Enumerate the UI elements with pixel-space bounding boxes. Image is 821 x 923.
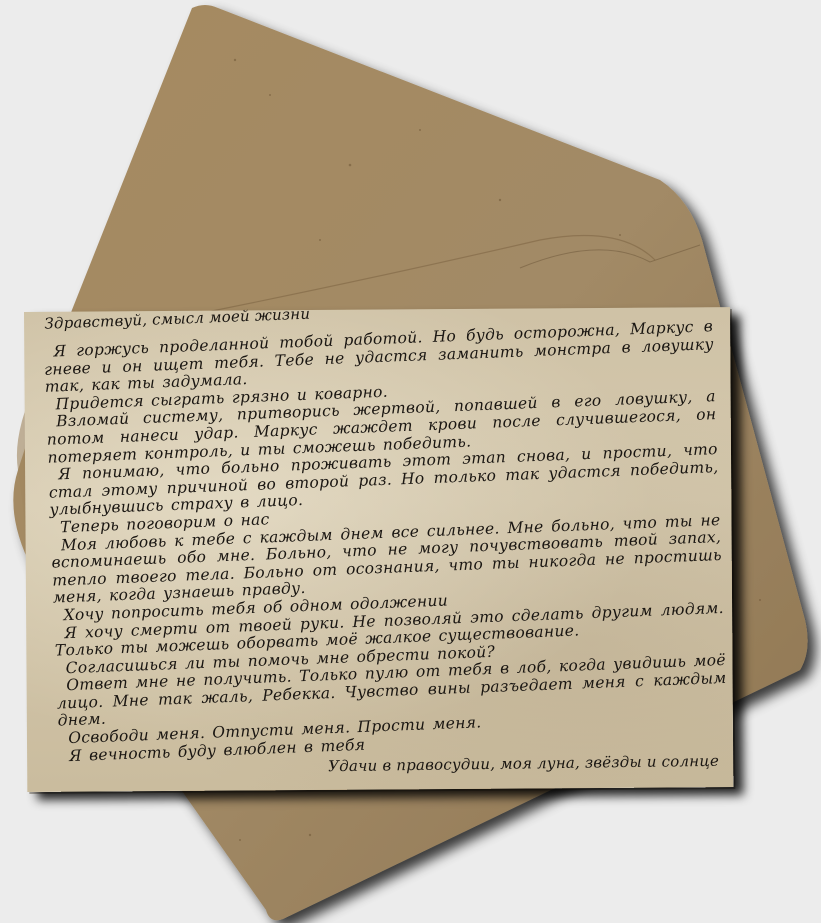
letter-body: Здравствуй, смысл моей жизни Я горжусь п…: [42, 288, 729, 766]
letter-paper: Здравствуй, смысл моей жизни Я горжусь п…: [24, 307, 733, 792]
letter-scene: Здравствуй, смысл моей жизни Я горжусь п…: [0, 0, 821, 923]
letter-signature: Удачи в правосудии, моя луна, звёзды и с…: [328, 752, 719, 775]
